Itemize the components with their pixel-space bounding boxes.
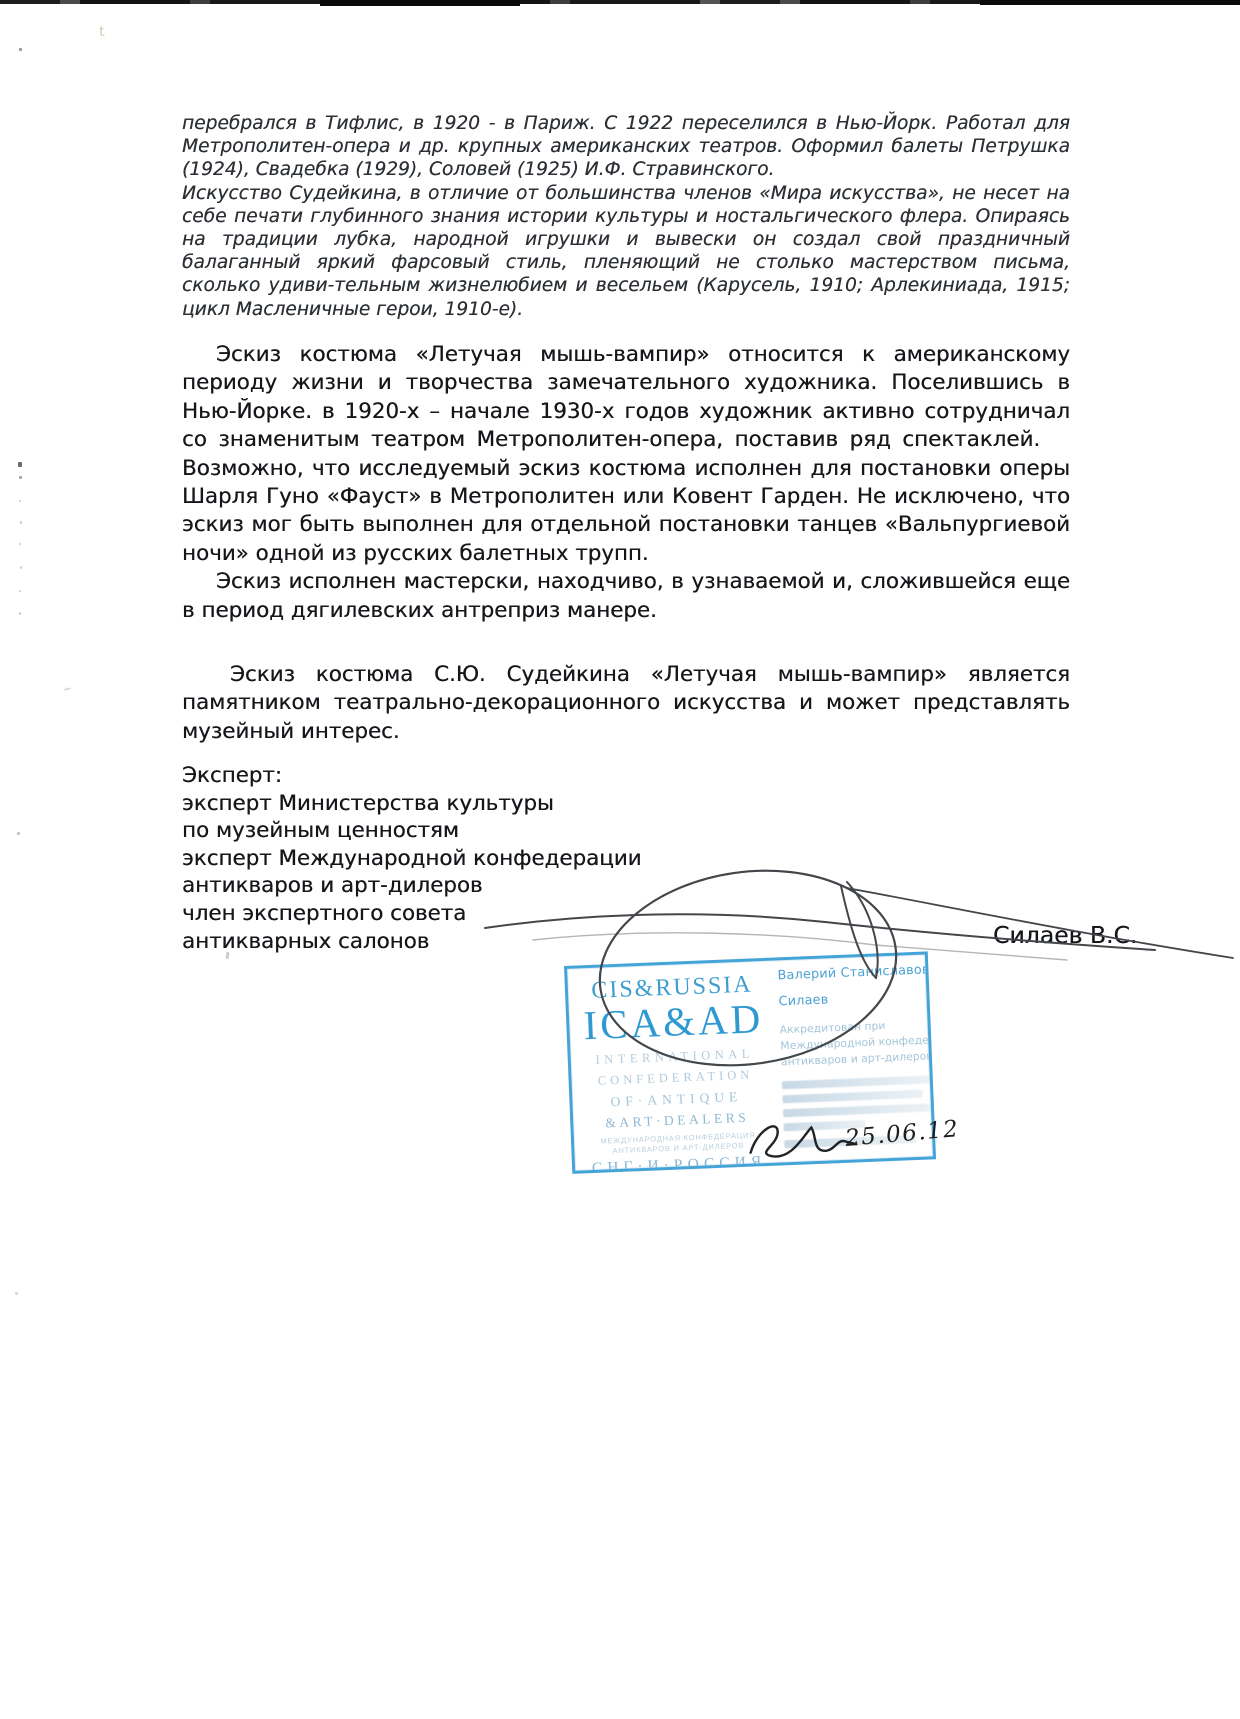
biography-excerpt: перебрался в Тифлис, в 1920 - в Париж. С… <box>182 112 1070 321</box>
handwritten-signature <box>455 848 1240 1083</box>
signature-horizontal-stroke <box>485 914 1155 950</box>
expert-line: Эксперт: <box>182 762 682 790</box>
scan-speck <box>20 521 22 524</box>
scan-artifact <box>980 0 1240 5</box>
scan-speck <box>19 543 21 545</box>
biography-paragraph-1: перебрался в Тифлис, в 1920 - в Париж. С… <box>182 112 1070 182</box>
scan-speck <box>20 566 22 569</box>
scan-speck <box>19 612 21 615</box>
biography-paragraph-2: Искусство Судейкина, в отличие от больши… <box>182 182 1070 321</box>
initials-flourish-stroke <box>749 1122 856 1158</box>
scan-speck <box>19 48 22 51</box>
scan-artifact <box>320 0 520 6</box>
scan-speck <box>15 1292 18 1295</box>
signature-oval-stroke <box>587 852 909 1083</box>
expert-line: эксперт Министерства культуры <box>182 790 682 818</box>
stamp-illegible-text-line <box>782 1089 922 1103</box>
opinion-paragraph-2: Эскиз исполнен мастерски, находчиво, в у… <box>182 568 1070 625</box>
opinion-paragraph-1: Эскиз костюма «Летучая мышь-вампир» отно… <box>182 341 1070 568</box>
scan-speck <box>19 500 21 502</box>
scan-speck <box>17 832 20 835</box>
scan-speck <box>18 462 22 467</box>
scan-speck: t <box>99 24 105 40</box>
scan-speck <box>64 687 71 690</box>
expert-opinion-text: Эскиз костюма «Летучая мышь-вампир» отно… <box>182 341 1070 746</box>
document-scan: t перебрался в Тифлис, в 1920 - в Париж.… <box>0 0 1240 1719</box>
signature-spike-stroke <box>841 886 876 978</box>
opinion-paragraph-3: Эскиз костюма С.Ю. Судейкина «Летучая мы… <box>182 661 1070 746</box>
expert-line: по музейным ценностям <box>182 817 682 845</box>
scan-speck <box>19 476 22 479</box>
scan-speck <box>19 590 21 592</box>
